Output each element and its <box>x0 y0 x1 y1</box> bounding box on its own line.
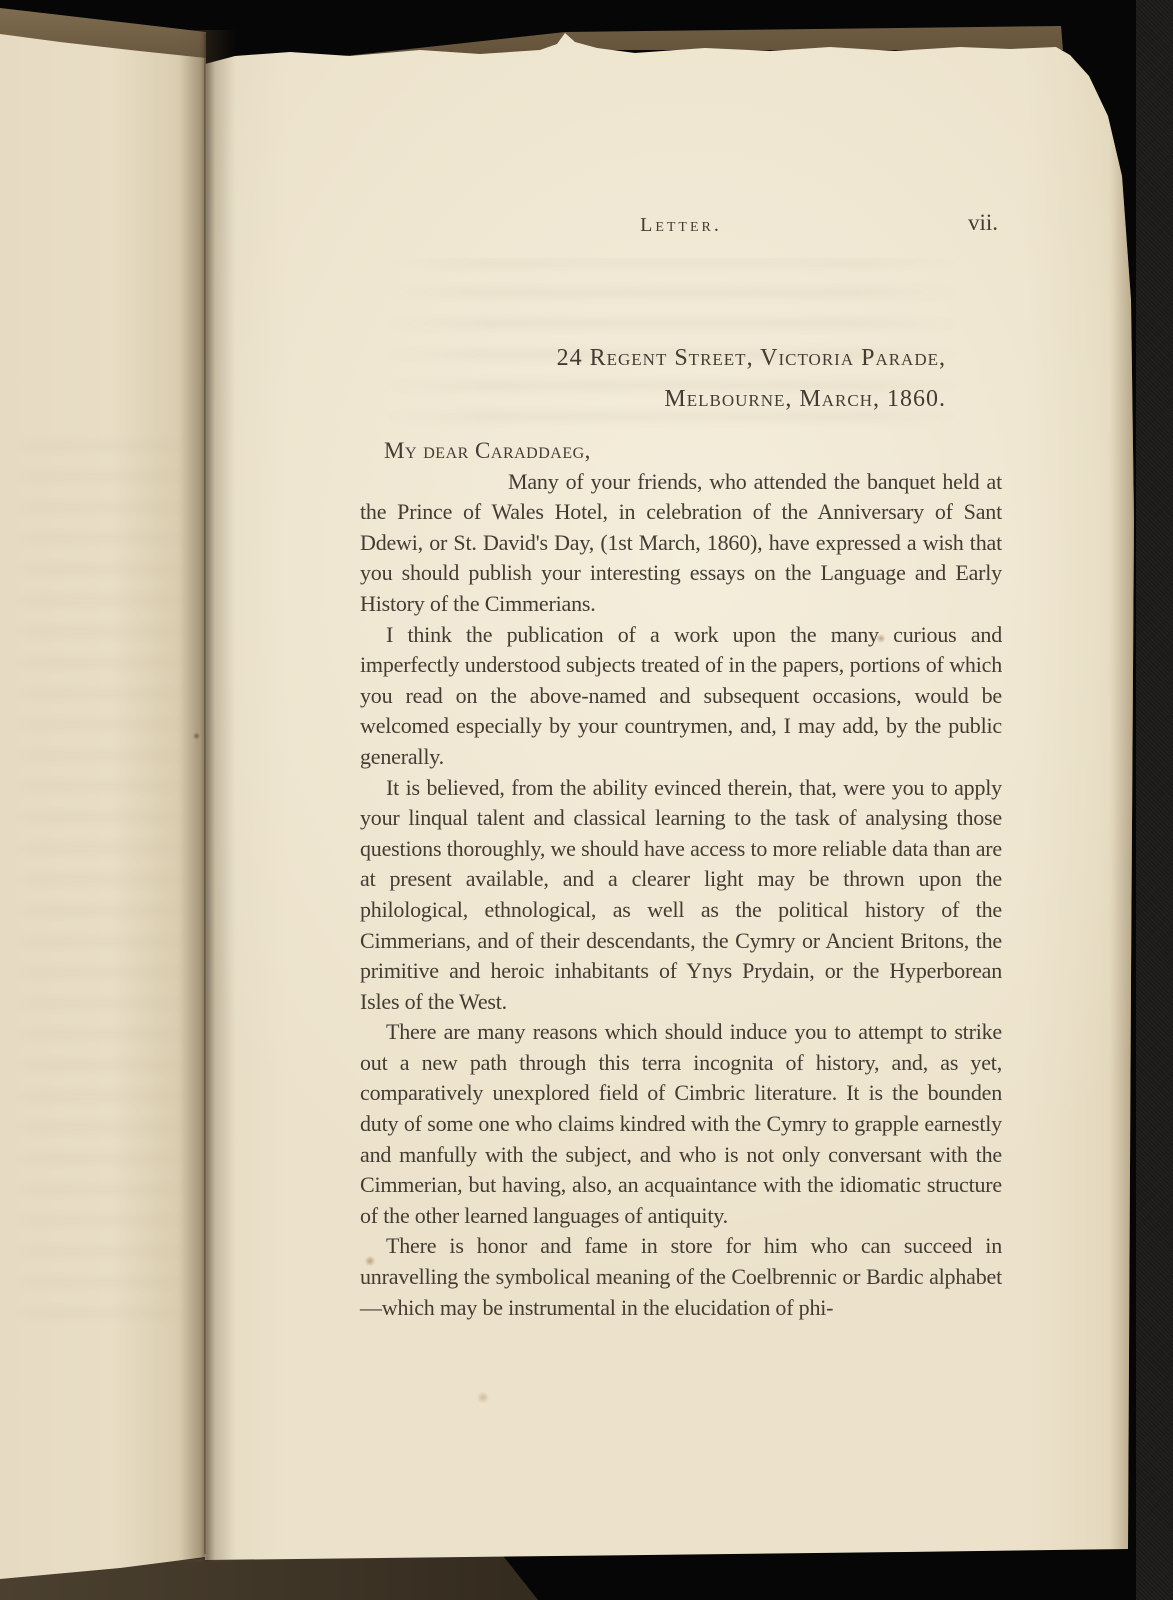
letter-paragraph: It is believed, from the ability evinced… <box>360 773 1002 1018</box>
left-page <box>0 0 206 1600</box>
right-page: Letter. vii. 24 Regent Street, Victoria … <box>205 0 1136 1600</box>
gutter-shadow <box>178 30 236 1562</box>
book-photograph: { "letter": { "header": { "title": "Lett… <box>0 0 1173 1600</box>
letter-paragraph: I think the publication of a work upon t… <box>360 620 1002 773</box>
letter-body: My dear Caraddaeg, Many of your friends,… <box>360 436 1002 1323</box>
background-right-band <box>1136 0 1173 1600</box>
address-line-2: Melbourne, March, 1860. <box>360 379 946 420</box>
letter-paragraph: There are many reasons which should indu… <box>360 1017 1002 1231</box>
letter-paragraph: There is honor and fame in store for him… <box>360 1231 1002 1323</box>
running-header: Letter. vii. <box>360 214 1002 248</box>
showthrough-texture <box>8 430 188 1330</box>
page-title: Letter. <box>360 214 1002 237</box>
salutation: My dear Caraddaeg, <box>360 436 1002 467</box>
gutter-crease <box>204 34 206 1554</box>
letter-paragraph: Many of your friends, who attended the b… <box>360 467 1002 620</box>
address-block: 24 Regent Street, Victoria Parade, Melbo… <box>360 338 1002 420</box>
foxing-spot <box>476 1392 490 1403</box>
address-line-1: 24 Regent Street, Victoria Parade, <box>360 338 946 379</box>
page-number: vii. <box>968 210 998 236</box>
letter-paragraphs: Many of your friends, who attended the b… <box>360 467 1002 1324</box>
